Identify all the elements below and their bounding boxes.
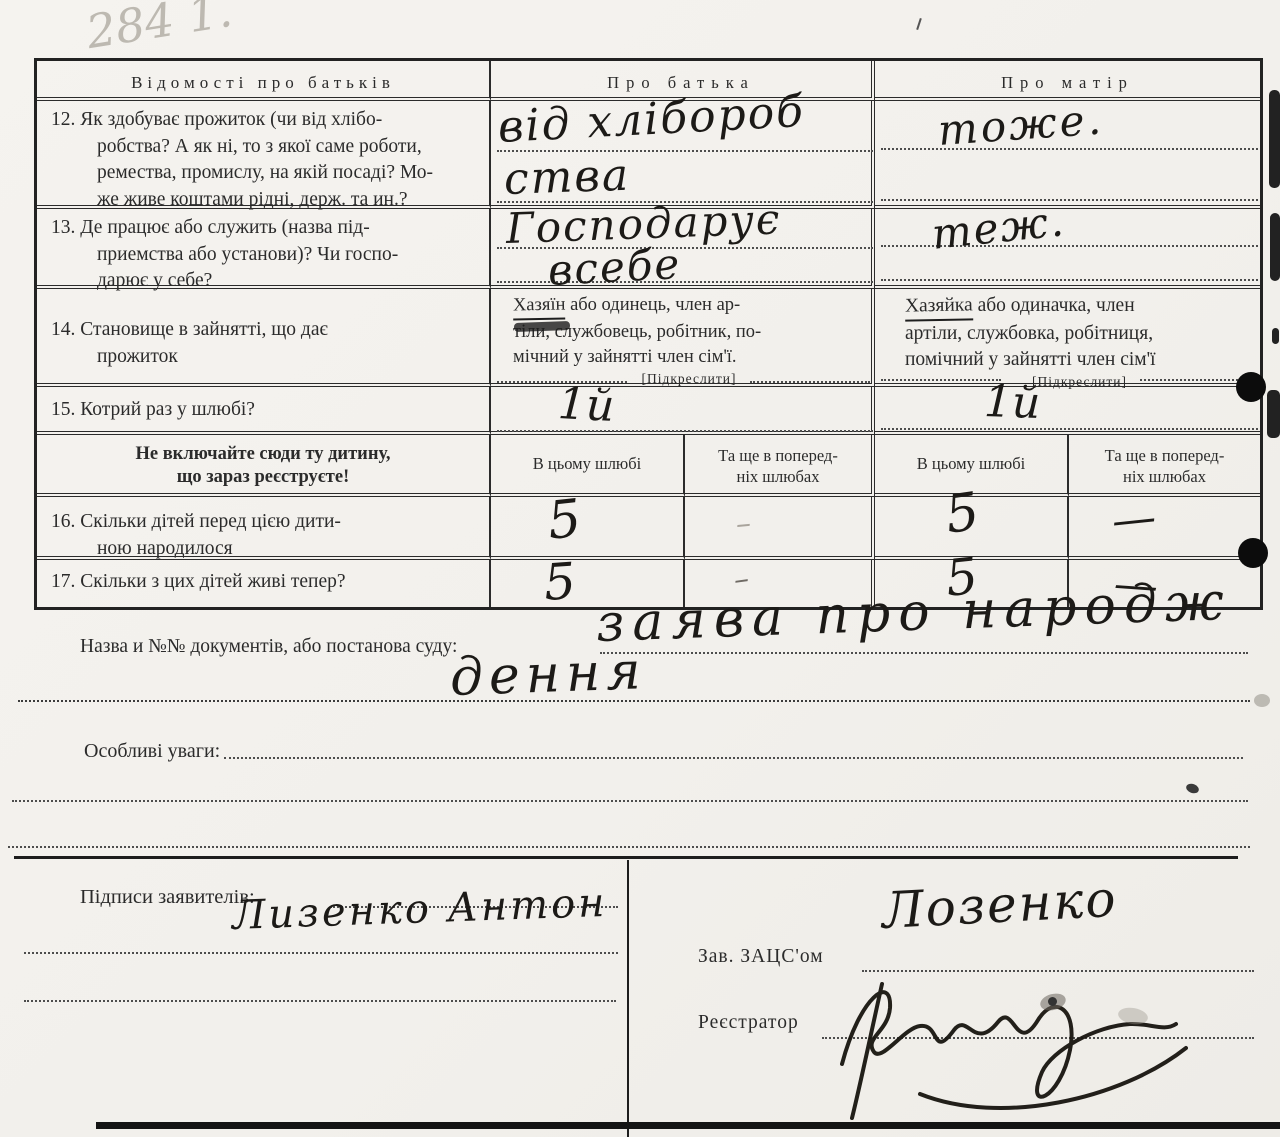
- write-line: [881, 428, 1258, 430]
- section-divider-line: [14, 856, 1238, 859]
- handwriting-q15-father: 1й: [557, 382, 616, 429]
- registrar-signature: [820, 968, 1220, 1128]
- cell-16-father-this: [491, 497, 685, 560]
- question-13: 13. Де працює або служить (назва під- пр…: [37, 209, 491, 289]
- remarks-line-3: [8, 846, 1250, 848]
- answer-cell-14-mother: Хазяйка або одиначка, член артіли, служб…: [875, 289, 1260, 387]
- question-12: 12. Як здобуває прожиток (чи від хлібо- …: [37, 101, 491, 209]
- remarks-line-1: [224, 757, 1243, 759]
- torn-edge-mark: [1270, 213, 1280, 281]
- table-header-mother: Про матір: [875, 61, 1260, 101]
- scanned-registration-form: 284 1. Відомості про батьків Про батька …: [0, 0, 1280, 1137]
- bottom-scan-edge: [96, 1122, 1280, 1129]
- table-header-parents-info: Відомості про батьків: [37, 61, 491, 101]
- underlined-option-mother: Хазяйка: [905, 292, 973, 321]
- smudge: [1048, 997, 1057, 1006]
- torn-edge-mark: [1267, 390, 1280, 438]
- question-17: 17. Скільки з цих дітей живі тепер?: [37, 560, 491, 607]
- handwriting-q12-father-2: ства: [503, 154, 631, 202]
- handwriting-q15-mother: 1й: [983, 380, 1041, 426]
- applicants-line-2: [24, 952, 618, 954]
- question-16: 16. Скільки дітей перед цією дити- ною н…: [37, 497, 491, 560]
- applicants-label: Підписи заявителів:: [80, 886, 255, 909]
- underlined-option-father: Хазяїн: [513, 293, 566, 321]
- write-line: [881, 199, 1258, 201]
- documents-line-1: [600, 652, 1248, 654]
- stray-mark: [916, 18, 922, 30]
- zags-head-signature: Лозенко: [881, 874, 1119, 936]
- torn-edge-mark: [1272, 328, 1279, 344]
- hole-punch: [1238, 538, 1268, 568]
- documents-label: Назва и №№ документів, або постанова суд…: [80, 636, 457, 658]
- smudge: [1254, 694, 1270, 707]
- question-15: 15. Котрий раз у шлюбі?: [37, 387, 491, 435]
- cell-16-mother-prev: [1069, 497, 1260, 560]
- answer-cell-15-father: [491, 387, 875, 435]
- write-line: [881, 279, 1258, 281]
- write-line: [750, 381, 870, 383]
- handwriting-documents-2: дення: [449, 645, 647, 704]
- handwriting-q13-father-2: всебе: [547, 243, 682, 292]
- handwriting-q16-mother-prev: —: [1110, 496, 1158, 544]
- subcol-mother-previous: Та ще в поперед- ніх шлюбах: [1069, 435, 1260, 497]
- subcol-father-previous: Та ще в поперед- ніх шлюбах: [685, 435, 875, 497]
- pencil-archive-number: 284 1.: [83, 0, 236, 59]
- write-line: [881, 379, 1001, 381]
- torn-edge-mark: [1269, 90, 1280, 188]
- question-14: 14. Становище в зайнятті, що дає прожито…: [37, 289, 491, 387]
- applicants-line-3: [24, 1000, 616, 1002]
- subheader-note: Не включайте сюди ту дитину, що зараз ре…: [37, 435, 491, 497]
- write-line: [497, 430, 873, 432]
- hole-punch: [1236, 372, 1266, 402]
- handwriting-q17-father-this: 5: [542, 556, 577, 608]
- signature-section-divider: [627, 860, 629, 1137]
- handwriting-q16-father-prev: –: [735, 509, 753, 540]
- answer-cell-14-father: Хазяїн або одинець, член ар- тіли, служб…: [491, 289, 875, 387]
- cell-16-father-prev: [685, 497, 875, 560]
- remarks-label: Особливі уваги:: [84, 740, 220, 763]
- registrar-label: Реєстратор: [698, 1012, 799, 1034]
- handwriting-q16-mother-this: 5: [942, 486, 982, 542]
- ink-blot: [1185, 782, 1200, 795]
- remarks-line-2: [12, 800, 1248, 802]
- subcol-father-this-marriage: В цьому шлюбі: [491, 435, 685, 497]
- zags-head-label: Зав. ЗАЦС'ом: [698, 946, 824, 968]
- applicants-signature: Лизенко Антон: [231, 883, 608, 936]
- write-line: [881, 148, 1258, 150]
- handwriting-q16-father-this: 5: [545, 493, 583, 548]
- handwriting-q12-mother: тоже.: [937, 98, 1106, 151]
